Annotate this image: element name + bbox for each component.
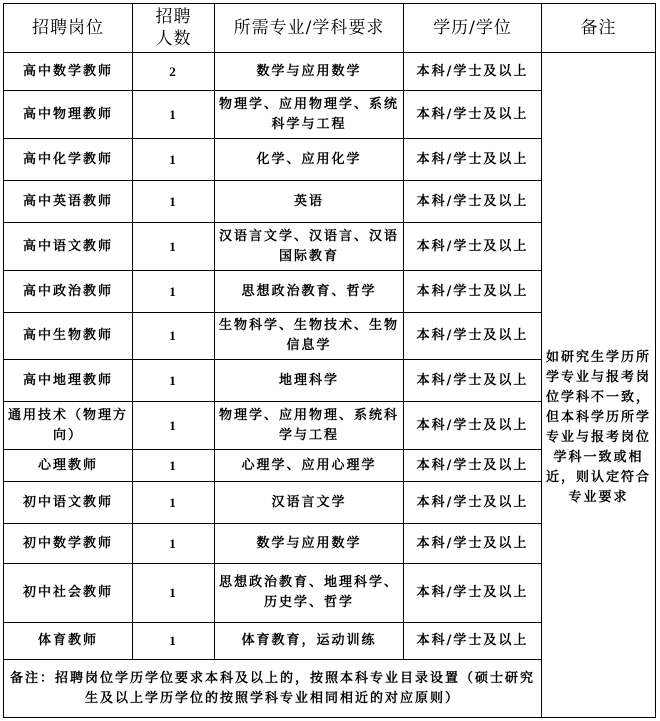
major-cell: 数学与应用数学	[215, 524, 404, 564]
position-cell: 心理教师	[4, 450, 133, 482]
position-cell: 高中物理教师	[4, 91, 133, 139]
degree-cell: 本科/学士及以上	[404, 564, 542, 623]
degree-cell: 本科/学士及以上	[404, 524, 542, 564]
major-cell: 化学、应用化学	[215, 139, 404, 181]
count-cell: 1	[133, 564, 215, 623]
degree-cell: 本科/学士及以上	[404, 181, 542, 223]
position-cell: 高中化学教师	[4, 139, 133, 181]
table-body: 高中数学教师2数学与应用数学本科/学士及以上高中物理教师1物理学、应用物理学、系…	[4, 53, 656, 718]
count-cell: 2	[133, 53, 215, 91]
count-cell: 1	[133, 313, 215, 360]
major-cell: 地理科学	[215, 360, 404, 402]
recruitment-table: 招聘岗位 招聘人数 所需专业/学科要求 学历/学位 备注 高中数学教师2数学与应…	[3, 3, 656, 718]
position-cell: 高中英语教师	[4, 181, 133, 223]
count-cell: 1	[133, 139, 215, 181]
major-cell: 生物科学、生物技术、生物信息学	[215, 313, 404, 360]
degree-cell: 本科/学士及以上	[404, 271, 542, 313]
header-row: 招聘岗位 招聘人数 所需专业/学科要求 学历/学位 备注	[4, 4, 656, 53]
footer-note: 备注：招聘岗位学历学位要求本科及以上的，按照本科专业目录设置（硕士研究生及以上学…	[4, 660, 542, 718]
position-cell: 初中社会教师	[4, 564, 133, 623]
major-cell: 思想政治教育、地理科学、历史学、哲学	[215, 564, 404, 623]
major-cell: 思想政治教育、哲学	[215, 271, 404, 313]
major-cell: 数学与应用数学	[215, 53, 404, 91]
degree-cell: 本科/学士及以上	[404, 91, 542, 139]
count-cell: 1	[133, 360, 215, 402]
table-row: 高中数学教师2数学与应用数学本科/学士及以上	[4, 53, 656, 91]
count-cell: 1	[133, 402, 215, 450]
degree-cell: 本科/学士及以上	[404, 360, 542, 402]
count-cell: 1	[133, 91, 215, 139]
major-cell: 心理学、应用心理学	[215, 450, 404, 482]
header-position: 招聘岗位	[4, 4, 133, 53]
degree-cell: 本科/学士及以上	[404, 313, 542, 360]
major-cell: 物理学、应用物理、系统科学与工程	[215, 402, 404, 450]
degree-cell: 本科/学士及以上	[404, 482, 542, 524]
count-cell: 1	[133, 223, 215, 271]
degree-cell: 本科/学士及以上	[404, 623, 542, 660]
major-cell: 物理学、应用物理学、系统科学与工程	[215, 91, 404, 139]
degree-cell: 本科/学士及以上	[404, 53, 542, 91]
remark-cell-blank-top	[542, 53, 656, 139]
degree-cell: 本科/学士及以上	[404, 450, 542, 482]
position-cell: 高中政治教师	[4, 271, 133, 313]
major-cell: 英语	[215, 181, 404, 223]
header-degree: 学历/学位	[404, 4, 542, 53]
degree-cell: 本科/学士及以上	[404, 223, 542, 271]
position-cell: 高中数学教师	[4, 53, 133, 91]
count-cell: 1	[133, 271, 215, 313]
major-cell: 汉语言文学、汉语言、汉语国际教育	[215, 223, 404, 271]
major-cell: 体育教育，运动训练	[215, 623, 404, 660]
position-cell: 初中数学教师	[4, 524, 133, 564]
position-cell: 高中生物教师	[4, 313, 133, 360]
count-cell: 1	[133, 181, 215, 223]
position-cell: 初中语文教师	[4, 482, 133, 524]
side-remark-cell: 如研究生学历所学专业与报考岗位学科不一致，但本科学历所学专业与报考岗位学科一致或…	[542, 139, 656, 718]
degree-cell: 本科/学士及以上	[404, 402, 542, 450]
header-remark: 备注	[542, 4, 656, 53]
degree-cell: 本科/学士及以上	[404, 139, 542, 181]
major-cell: 汉语言文学	[215, 482, 404, 524]
header-count: 招聘人数	[133, 4, 215, 53]
count-cell: 1	[133, 482, 215, 524]
table-row: 高中化学教师1化学、应用化学本科/学士及以上如研究生学历所学专业与报考岗位学科不…	[4, 139, 656, 181]
position-cell: 高中语文教师	[4, 223, 133, 271]
position-cell: 体育教师	[4, 623, 133, 660]
header-major: 所需专业/学科要求	[215, 4, 404, 53]
position-cell: 高中地理教师	[4, 360, 133, 402]
position-cell: 通用技术（物理方向）	[4, 402, 133, 450]
count-cell: 1	[133, 524, 215, 564]
count-cell: 1	[133, 450, 215, 482]
count-cell: 1	[133, 623, 215, 660]
